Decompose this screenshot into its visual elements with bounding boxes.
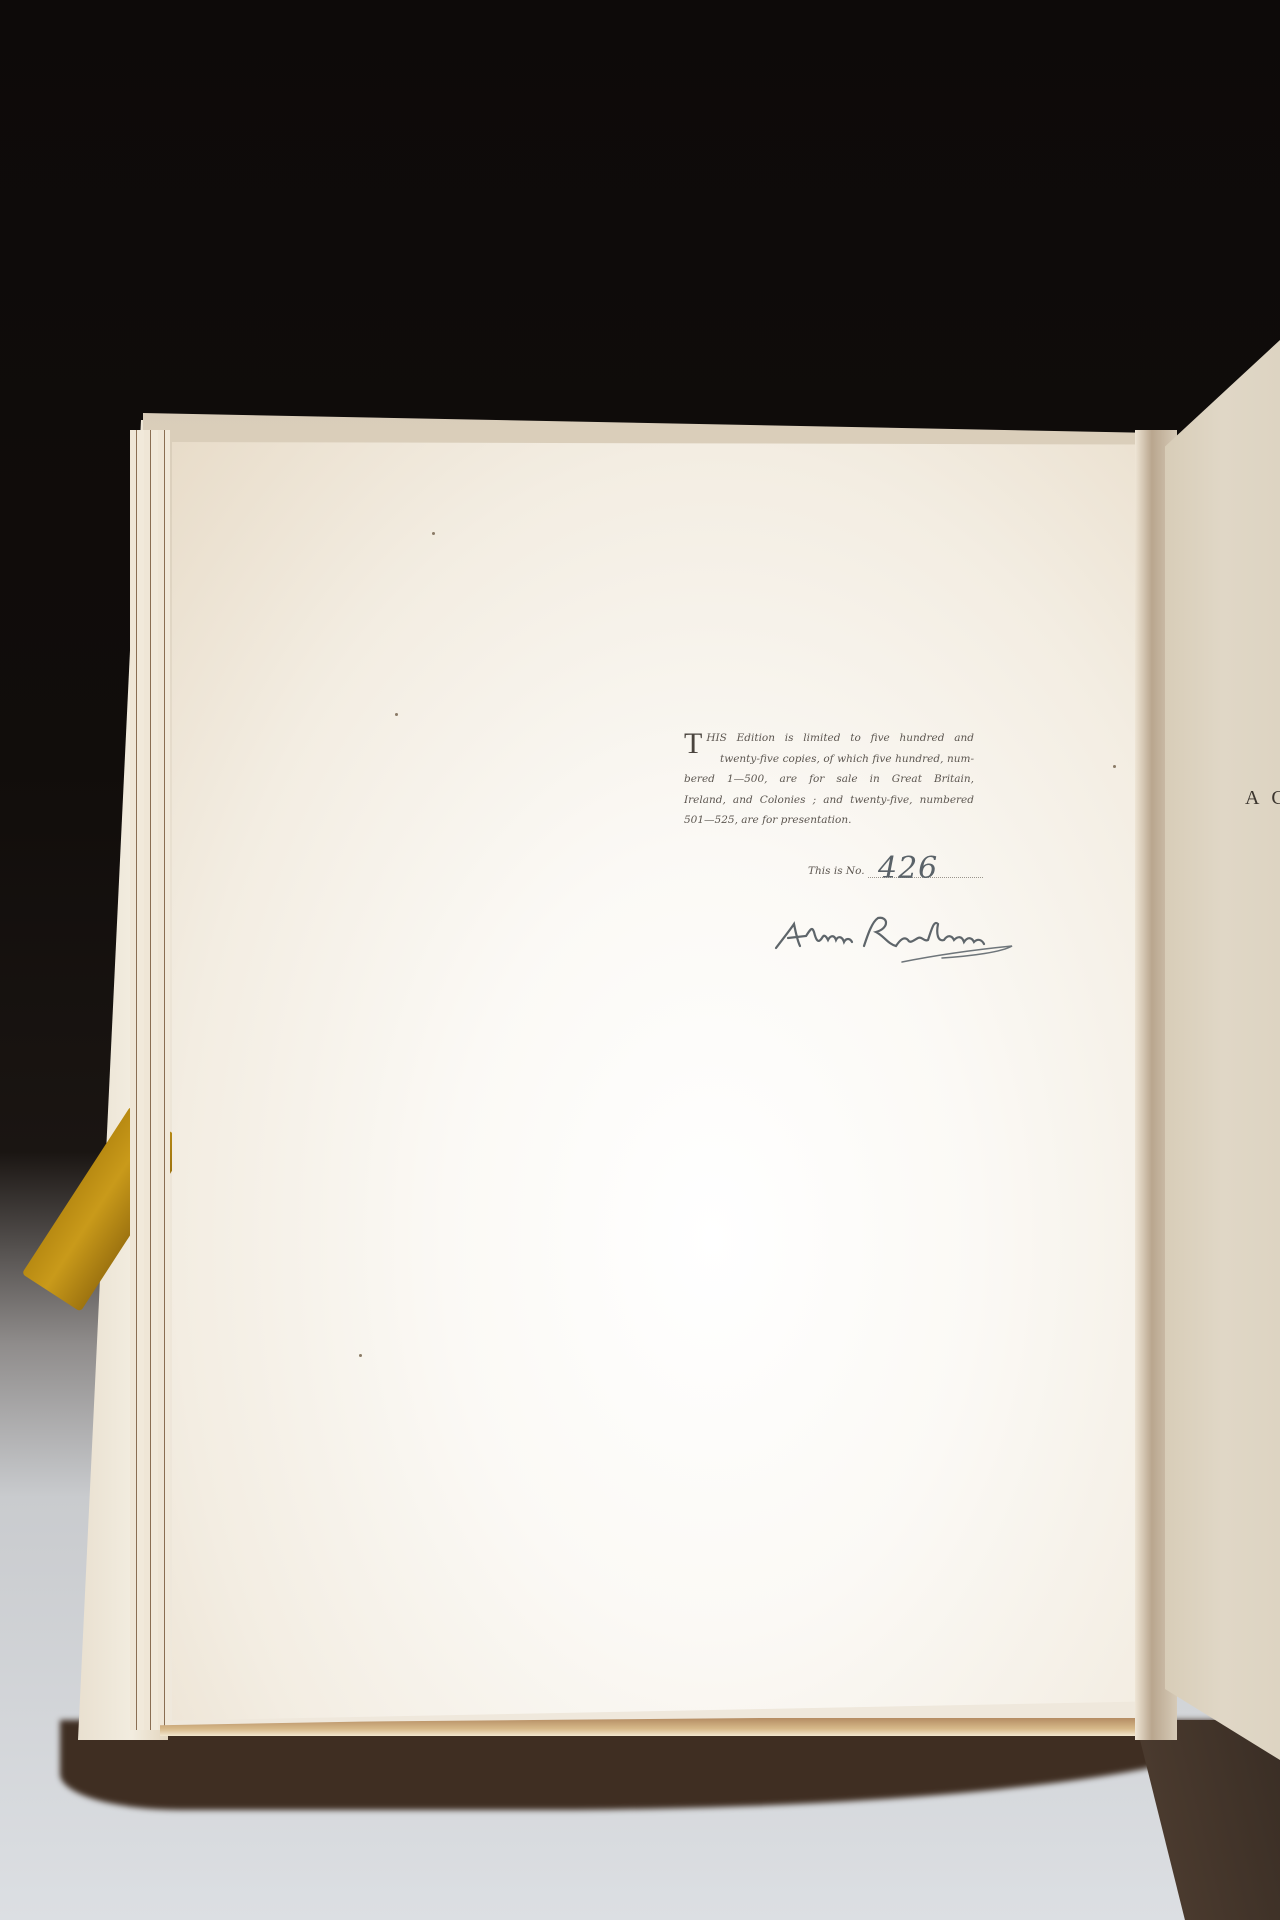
limitation-line: 501—525, are for presentation. [684, 810, 974, 831]
limitation-line: HIS Edition is limited to five hundred a… [684, 728, 974, 749]
page-stack-edges [130, 430, 170, 1730]
limitation-line: Ireland, and Colonies ; and twenty-five,… [684, 790, 974, 811]
drop-cap: T [684, 732, 702, 756]
limitation-line: bered 1—500, are for sale in Great Brita… [684, 769, 974, 790]
facing-page-shadow [1135, 1720, 1280, 1920]
speck [1113, 765, 1116, 768]
speck [395, 713, 398, 716]
limitation-line: twenty-five copies, of which five hundre… [684, 749, 974, 770]
handwritten-copy-number: 426 [878, 851, 938, 886]
facing-page-title-fragment: A C [1245, 787, 1280, 810]
copy-number-row: This is No. 426 [808, 855, 978, 885]
book-photo-scene: A C T HIS Edition is limited to five hun… [0, 0, 1280, 1920]
limitation-page [172, 442, 1155, 1727]
copy-number-label: This is No. [808, 865, 865, 877]
speck [432, 532, 435, 535]
limitation-statement: T HIS Edition is limited to five hundred… [684, 728, 974, 831]
signature [772, 910, 1017, 970]
speck [359, 1354, 362, 1357]
facing-page [1165, 340, 1280, 1760]
signature-scribble-icon [772, 910, 1017, 970]
